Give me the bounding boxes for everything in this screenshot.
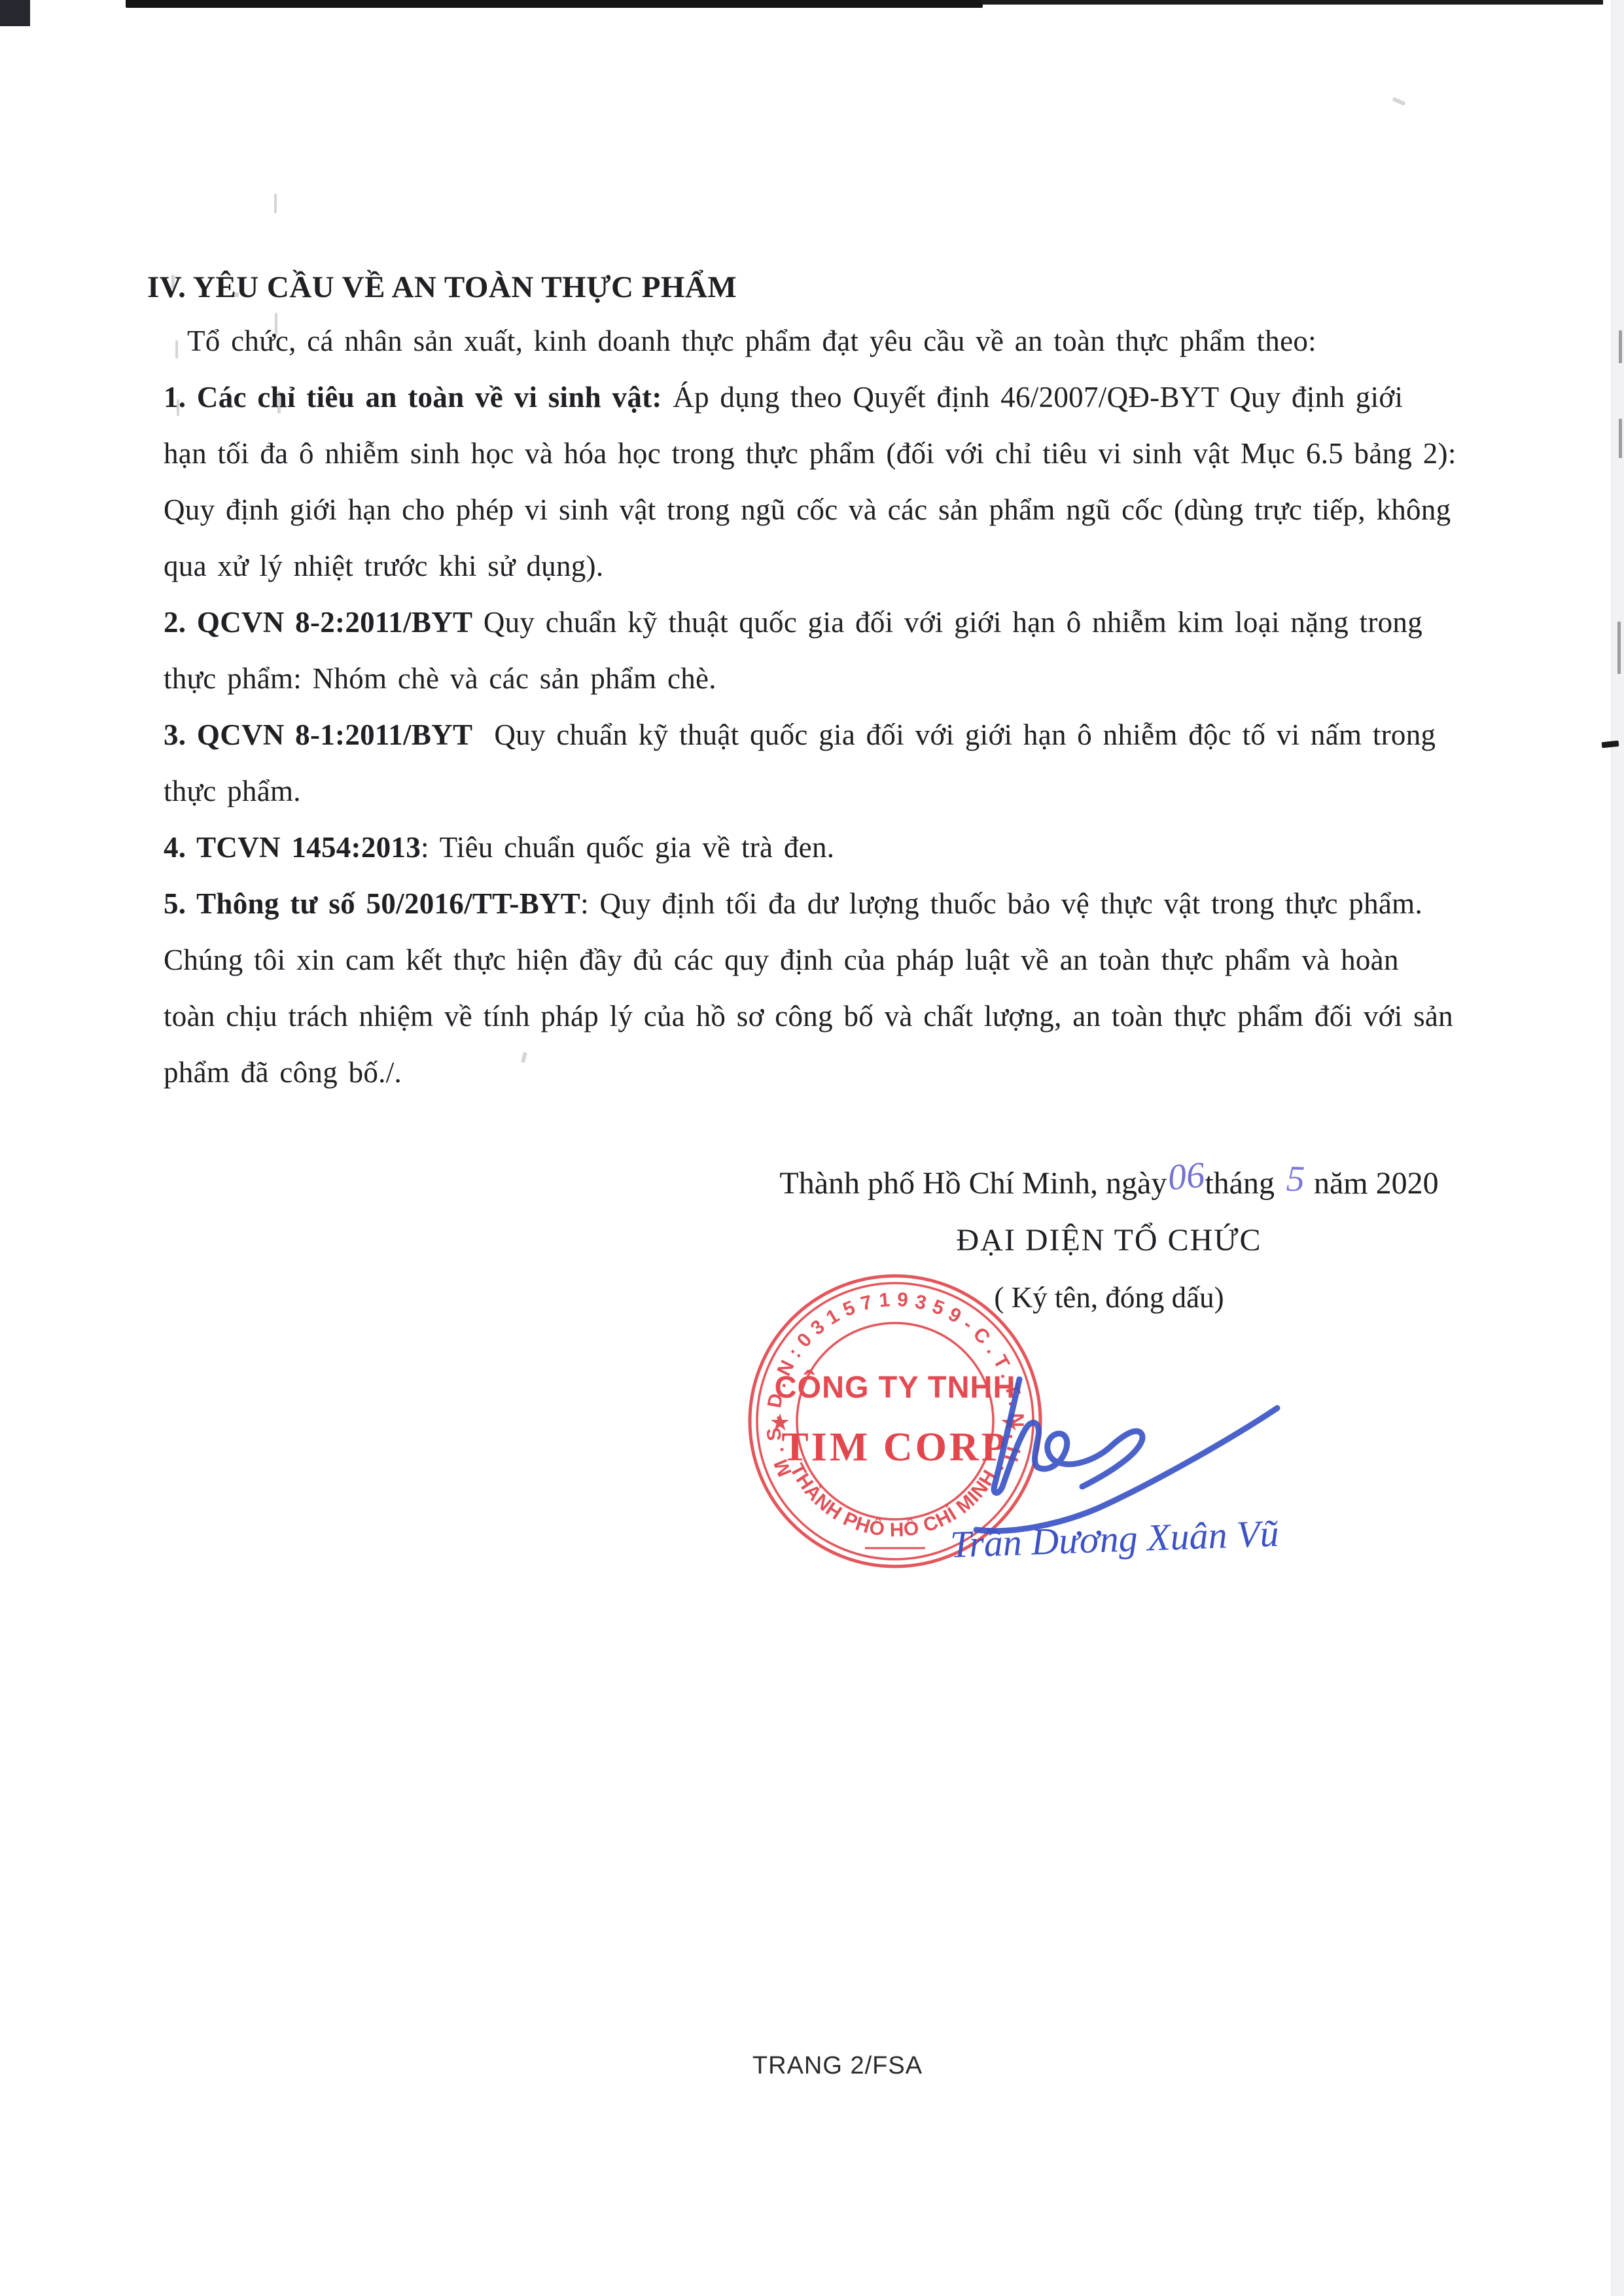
place-date-line: Thành phố Hồ Chí Minh, ngày 06 tháng 5 n… [720,1163,1498,1201]
handwritten-day: 06 [1167,1157,1207,1197]
scan-speck [274,194,277,213]
scan-edge-bar-thin [981,0,1603,5]
paragraph-line: qua xử lý nhiệt trước khi sử dụng). [164,538,1551,594]
line-text: thực phẩm. [164,775,301,807]
line-bold: 1. Các chỉ tiêu an toàn về vi sinh vật: [164,381,662,414]
stamp-company-type: CÔNG TY TNHH [775,1369,1016,1404]
body-text: Tổ chức, cá nhân sản xuất, kinh doanh th… [164,313,1551,1101]
handwritten-month: 5 [1286,1161,1305,1198]
scan-right-edge [1611,0,1624,2296]
line-text: Quy chuẩn kỹ thuật quốc gia đối với giới… [472,606,1422,639]
line-text: : Tiêu chuẩn quốc gia về trà đen. [421,831,834,864]
scan-speck [1392,97,1406,106]
line-bold: 4. TCVN 1454:2013 [164,831,421,864]
scan-edge-tick [1619,419,1622,458]
paragraph-line: toàn chịu trách nhiệm về tính pháp lý củ… [164,988,1551,1044]
scan-corner-mark [0,0,30,26]
paragraph-line: phẩm đã công bố./. [164,1044,1551,1101]
scan-edge-bar [126,0,983,8]
scan-edge-tick [1617,622,1621,674]
line-text: hạn tối đa ô nhiễm sinh học và hóa học t… [164,437,1456,470]
paragraph-line: Chúng tôi xin cam kết thực hiện đầy đủ c… [164,932,1551,988]
stamp-inner-ring [797,1323,993,1519]
paragraph-line: 5. Thông tư số 50/2016/TT-BYT: Quy định … [164,875,1551,932]
paragraph-line: 3. QCVN 8-1:2011/BYT Quy chuẩn kỹ thuật … [164,707,1551,763]
stamp-second-ring [757,1283,1033,1559]
paragraph-line: thực phẩm: Nhóm chè và các sản phẩm chè. [164,650,1551,707]
stamp-company-name: TIM CORP [781,1425,1008,1470]
paragraph-line: 4. TCVN 1454:2013: Tiêu chuẩn quốc gia v… [164,819,1551,875]
line-bold: 5. Thông tư số 50/2016/TT-BYT [164,887,580,920]
line-text: Quy chuẩn kỹ thuật quốc gia đối với giới… [472,718,1436,751]
paragraph-line: Quy định giới hạn cho phép vi sinh vật t… [164,482,1551,538]
date-mid: tháng [1205,1165,1275,1201]
date-suffix: năm 2020 [1314,1165,1439,1201]
paragraph-line: Tổ chức, cá nhân sản xuất, kinh doanh th… [164,313,1551,369]
page-footer: TRANG 2/FSA [707,2052,968,2080]
line-text: Tổ chức, cá nhân sản xuất, kinh doanh th… [187,325,1316,357]
line-bold: 3. QCVN 8-1:2011/BYT [164,718,472,751]
line-text: Chúng tôi xin cam kết thực hiện đầy đủ c… [164,944,1399,976]
line-text: toàn chịu trách nhiệm về tính pháp lý củ… [164,1000,1453,1033]
line-text: Áp dụng theo Quyết định 46/2007/QĐ-BYT Q… [662,381,1403,414]
line-text: : Quy định tối đa dư lượng thuốc bảo vệ … [580,887,1422,920]
line-text: qua xử lý nhiệt trước khi sử dụng). [164,550,603,582]
line-text: thực phẩm: Nhóm chè và các sản phẩm chè. [164,662,716,695]
section-heading: IV. YÊU CẦU VỀ AN TOÀN THỰC PHẨM [147,270,737,305]
line-text: Quy định giới hạn cho phép vi sinh vật t… [164,493,1451,526]
scan-edge-tick [1619,330,1622,363]
round-stamp: M.S.D.N:0315719359-C.T.T.N.H.H THÀNH PHỐ… [707,1243,1040,1566]
date-prefix: Thành phố Hồ Chí Minh, ngày [779,1165,1167,1201]
line-bold: 2. QCVN 8-2:2011/BYT [164,606,472,639]
paragraph-line: thực phẩm. [164,763,1551,819]
scanned-document-page: IV. YÊU CẦU VỀ AN TOÀN THỰC PHẨM Tổ chức… [0,0,1624,2296]
paragraph-line: 1. Các chỉ tiêu an toàn về vi sinh vật: … [164,369,1551,425]
paragraph-line: hạn tối đa ô nhiễm sinh học và hóa học t… [164,425,1551,482]
line-text: phẩm đã công bố./. [164,1056,402,1089]
paragraph-line: 2. QCVN 8-2:2011/BYT Quy chuẩn kỹ thuật … [164,594,1551,650]
